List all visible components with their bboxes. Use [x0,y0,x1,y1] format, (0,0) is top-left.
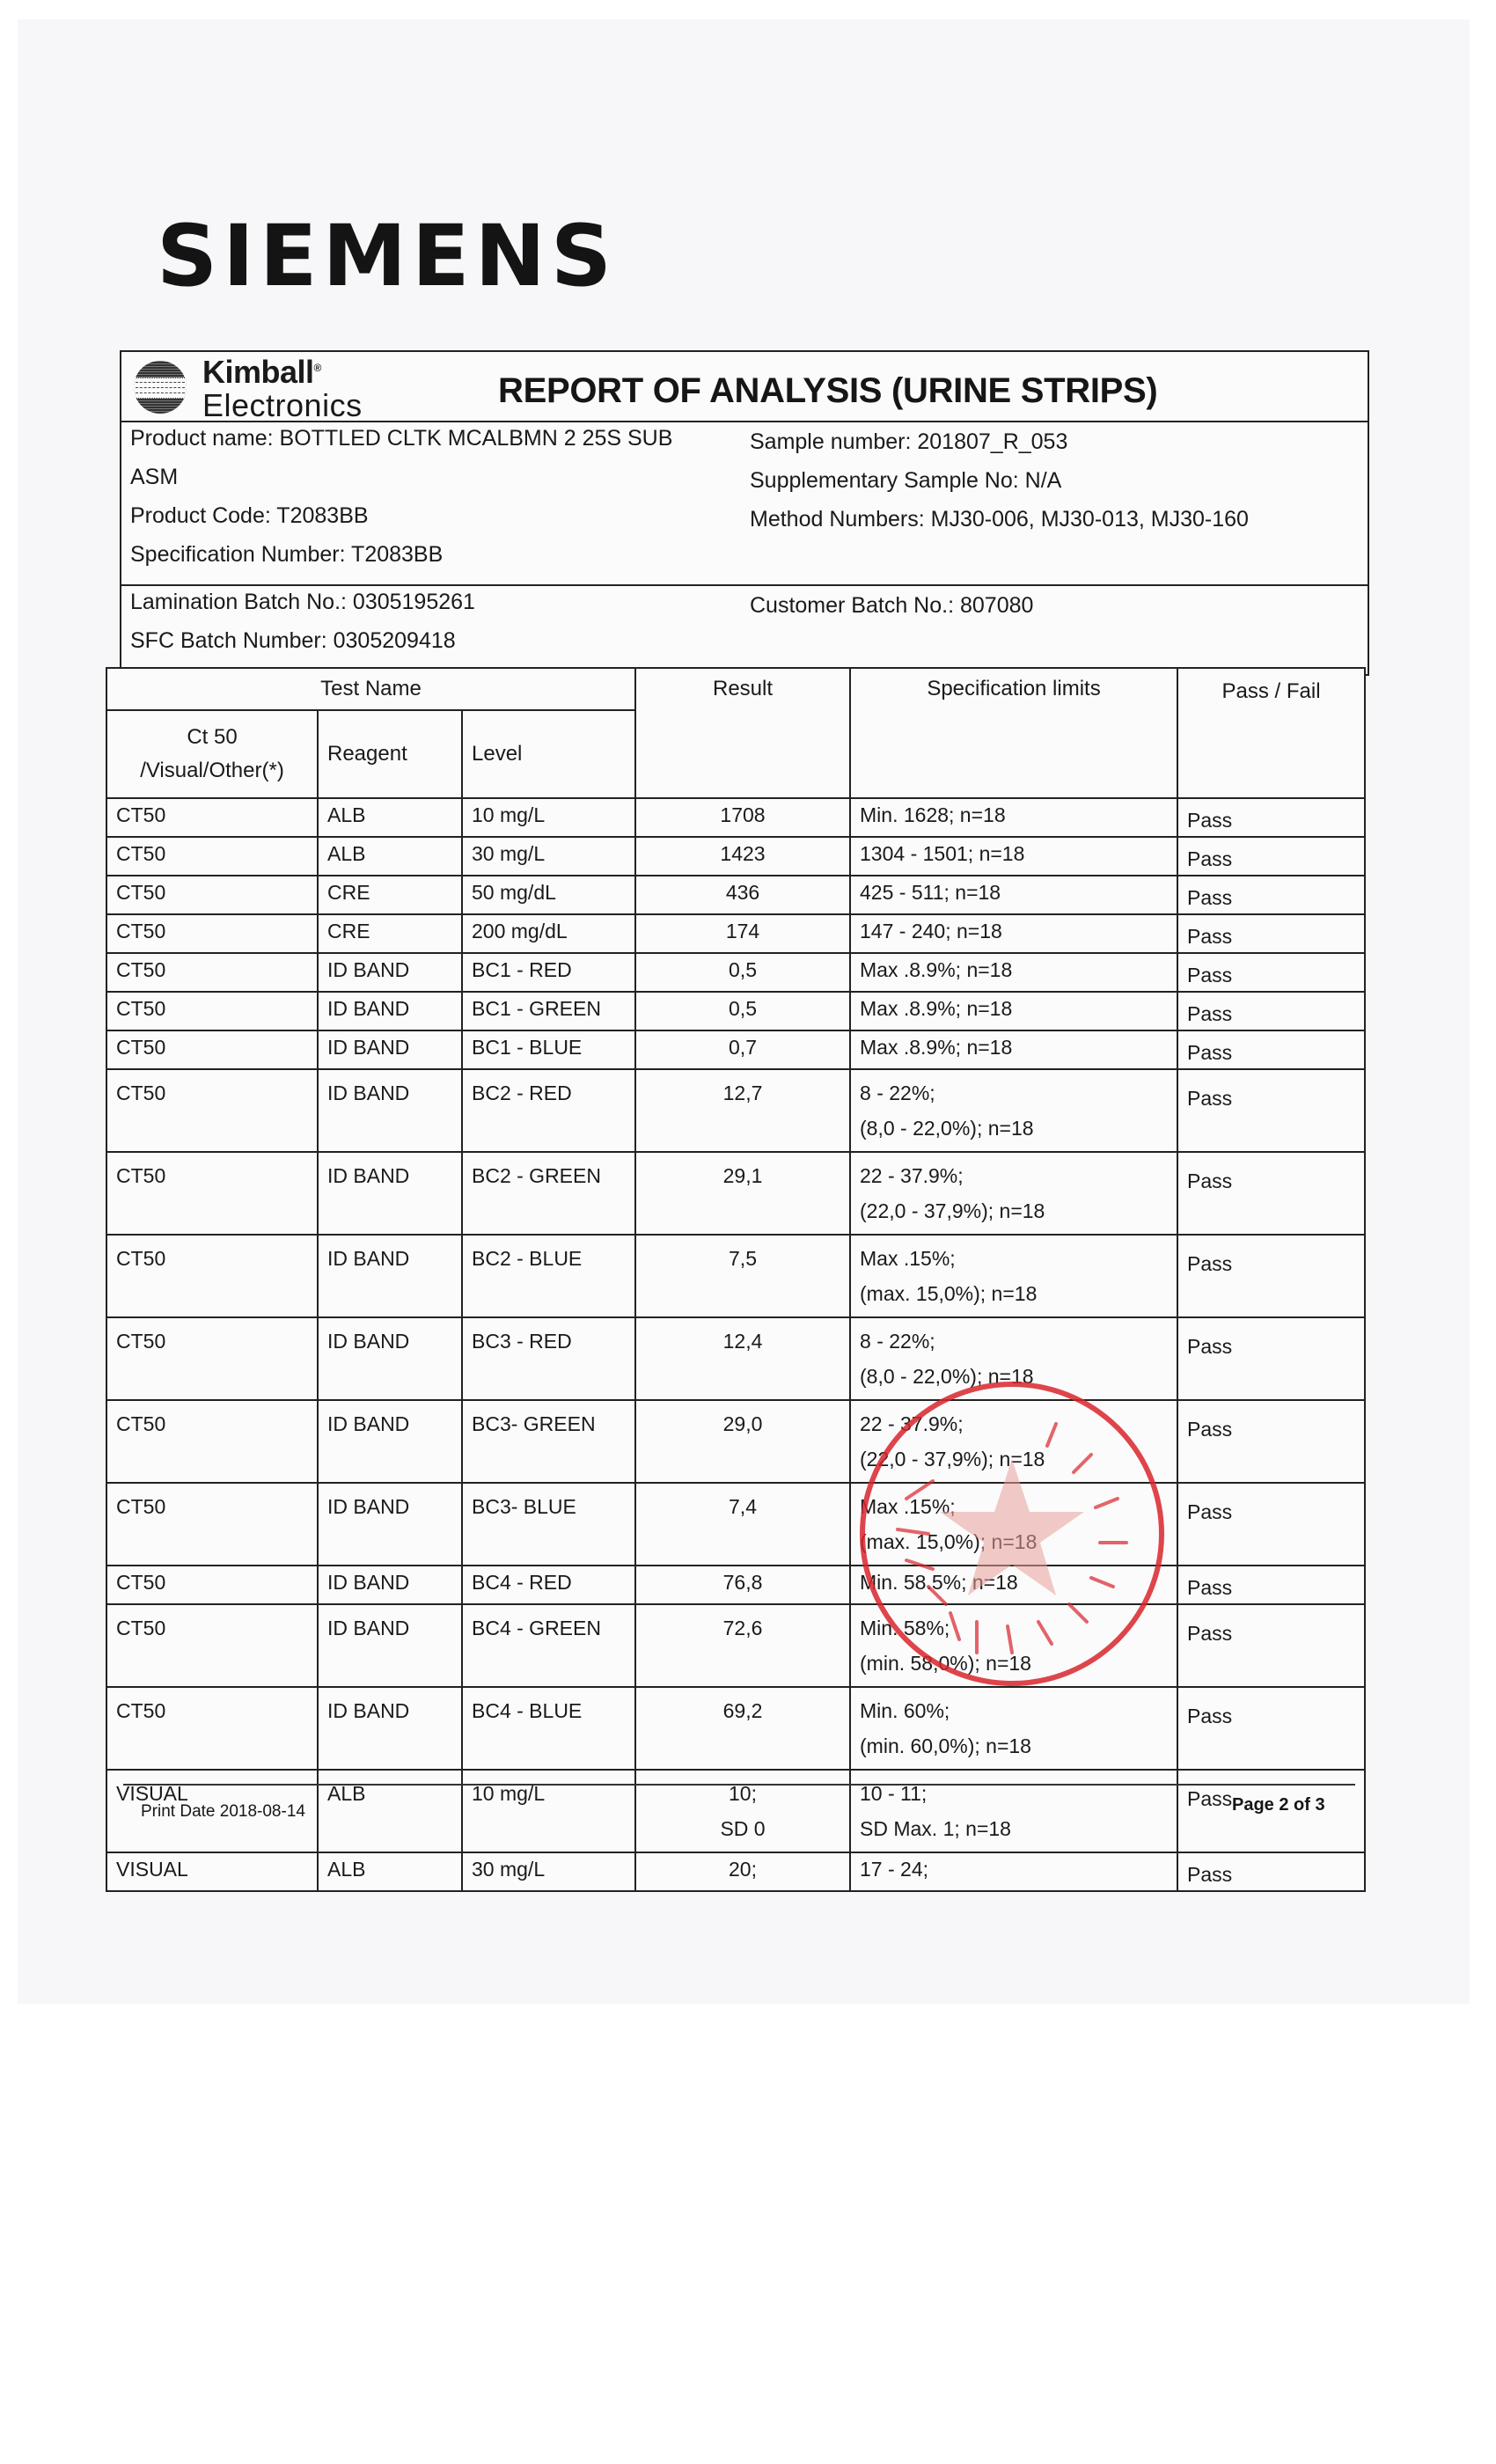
cell-spec-limits: 425 - 511; n=18 [850,876,1177,914]
cell-level: BC1 - GREEN [462,992,635,1030]
cell-spec-limits: 8 - 22%;(8,0 - 22,0%); n=18 [850,1317,1177,1400]
table-row: CT50ALB30 mg/L14231304 - 1501; n=18Pass [106,837,1365,876]
cell-type: CT50 [106,837,318,876]
cell-result: 0,7 [635,1030,850,1069]
footer-divider [123,1784,1355,1786]
report-title: REPORT OF ANALYSIS (URINE STRIPS) [498,371,1157,411]
cell-result: 1423 [635,837,850,876]
cell-reagent: ID BAND [318,1400,462,1483]
table-row: CT50ID BANDBC4 - BLUE69,2Min. 60%;(min. … [106,1687,1365,1770]
cell-pass-fail: Pass [1177,876,1365,914]
cell-result: 10;SD 0 [635,1770,850,1852]
cell-reagent: ID BAND [318,1604,462,1687]
table-row: CT50ID BANDBC3- GREEN29,022 - 37.9%;(22,… [106,1400,1365,1483]
cell-pass-fail: Pass [1177,1604,1365,1687]
product-code: Product Code: T2083BB [130,503,369,529]
cell-type: CT50 [106,1483,318,1566]
cell-level: 50 mg/dL [462,876,635,914]
cell-result: 76,8 [635,1566,850,1604]
cell-level: BC1 - RED [462,953,635,992]
cell-reagent: ALB [318,837,462,876]
cell-reagent: ID BAND [318,1687,462,1770]
cell-spec-limits: Min. 58.5%; n=18 [850,1566,1177,1604]
cell-type: CT50 [106,953,318,992]
cell-result: 29,1 [635,1152,850,1235]
logo-line2: Electronics [202,387,363,424]
cell-pass-fail: Pass [1177,798,1365,837]
header-level: Level [462,710,635,798]
cell-level: 30 mg/L [462,1852,635,1891]
cell-reagent: ID BAND [318,1069,462,1152]
cell-pass-fail: Pass [1177,1852,1365,1891]
cell-spec-limits: 17 - 24; [850,1852,1177,1891]
cell-pass-fail: Pass [1177,953,1365,992]
cell-result: 436 [635,876,850,914]
report-header-box: Kimball® Electronics REPORT OF ANALYSIS … [120,350,1369,676]
cell-reagent: ALB [318,1770,462,1852]
cell-spec-limits: 8 - 22%;(8,0 - 22,0%); n=18 [850,1069,1177,1152]
cell-reagent: ALB [318,1852,462,1891]
cell-reagent: ID BAND [318,1483,462,1566]
table-row: CT50ID BANDBC1 - GREEN0,5Max .8.9%; n=18… [106,992,1365,1030]
cell-level: BC3 - RED [462,1317,635,1400]
cell-type: CT50 [106,1566,318,1604]
header-test-name: Test Name [106,668,635,710]
cell-pass-fail: Pass [1177,837,1365,876]
cell-spec-limits: Max .15%;(max. 15,0%); n=18 [850,1483,1177,1566]
table-row: CT50ID BANDBC2 - BLUE7,5Max .15%;(max. 1… [106,1235,1365,1317]
cell-type: CT50 [106,1687,318,1770]
cell-type: CT50 [106,1317,318,1400]
cell-type: VISUAL [106,1852,318,1891]
cell-pass-fail: Pass [1177,992,1365,1030]
siemens-logo: SIEMENS [157,207,617,305]
table-row: CT50CRE200 mg/dL174147 - 240; n=18Pass [106,914,1365,953]
table-row: CT50ID BANDBC2 - RED12,78 - 22%;(8,0 - 2… [106,1069,1365,1152]
cell-result: 7,4 [635,1483,850,1566]
cell-pass-fail: Pass [1177,1317,1365,1400]
cell-reagent: ALB [318,798,462,837]
divider [121,584,1368,586]
cell-type: CT50 [106,1030,318,1069]
cell-level: BC4 - RED [462,1566,635,1604]
cell-result: 20; [635,1852,850,1891]
cell-reagent: CRE [318,876,462,914]
cell-spec-limits: 22 - 37.9%;(22,0 - 37,9%); n=18 [850,1152,1177,1235]
cell-level: BC4 - GREEN [462,1604,635,1687]
results-body: CT50ALB10 mg/L1708Min. 1628; n=18PassCT5… [106,798,1365,1891]
cell-result: 174 [635,914,850,953]
cell-type: CT50 [106,876,318,914]
cell-reagent: CRE [318,914,462,953]
cell-reagent: ID BAND [318,1566,462,1604]
cell-spec-limits: Max .8.9%; n=18 [850,953,1177,992]
cell-level: BC4 - BLUE [462,1687,635,1770]
product-name: Product name: BOTTLED CLTK MCALBMN 2 25S… [130,426,672,451]
sfc-batch: SFC Batch Number: 0305209418 [130,628,456,654]
customer-batch: Customer Batch No.: 807080 [750,593,1033,619]
cell-pass-fail: Pass [1177,1483,1365,1566]
header-spec-limits: Specification limits [850,668,1177,798]
cell-spec-limits: 1304 - 1501; n=18 [850,837,1177,876]
table-row: CT50ID BANDBC1 - BLUE0,7Max .8.9%; n=18P… [106,1030,1365,1069]
cell-result: 1708 [635,798,850,837]
cell-level: BC3- GREEN [462,1400,635,1483]
cell-result: 0,5 [635,953,850,992]
cell-type: CT50 [106,992,318,1030]
cell-pass-fail: Pass [1177,1566,1365,1604]
cell-spec-limits: 147 - 240; n=18 [850,914,1177,953]
cell-spec-limits: Min. 60%;(min. 60,0%); n=18 [850,1687,1177,1770]
cell-reagent: ID BAND [318,1152,462,1235]
cell-pass-fail: Pass [1177,1687,1365,1770]
cell-reagent: ID BAND [318,953,462,992]
logo-line1: Kimball [202,354,314,390]
cell-spec-limits: Max .15%;(max. 15,0%); n=18 [850,1235,1177,1317]
print-date: Print Date 2018-08-14 [141,1802,305,1822]
page-number: Page 2 of 3 [1232,1795,1325,1815]
cell-type: CT50 [106,1235,318,1317]
table-row: CT50ID BANDBC3 - RED12,48 - 22%;(8,0 - 2… [106,1317,1365,1400]
header-result: Result [635,668,850,798]
cell-result: 12,4 [635,1317,850,1400]
table-row: CT50ID BANDBC3- BLUE7,4Max .15%;(max. 15… [106,1483,1365,1566]
cell-type: CT50 [106,1604,318,1687]
cell-spec-limits: Max .8.9%; n=18 [850,992,1177,1030]
cell-spec-limits: Max .8.9%; n=18 [850,1030,1177,1069]
cell-pass-fail: Pass [1177,1030,1365,1069]
cell-result: 7,5 [635,1235,850,1317]
cell-result: 69,2 [635,1687,850,1770]
method-numbers: Method Numbers: MJ30-006, MJ30-013, MJ30… [750,507,1249,532]
header-pass-fail: Pass / Fail [1177,668,1365,798]
cell-reagent: ID BAND [318,1030,462,1069]
cell-level: BC3- BLUE [462,1483,635,1566]
cell-level: BC2 - BLUE [462,1235,635,1317]
cell-pass-fail: Pass [1177,1235,1365,1317]
cell-result: 72,6 [635,1604,850,1687]
cell-pass-fail: Pass [1177,914,1365,953]
cell-level: 30 mg/L [462,837,635,876]
cell-level: 200 mg/dL [462,914,635,953]
table-row: CT50ID BANDBC2 - GREEN29,122 - 37.9%;(22… [106,1152,1365,1235]
specification-number: Specification Number: T2083BB [130,542,443,568]
cell-level: BC1 - BLUE [462,1030,635,1069]
cell-pass-fail: Pass [1177,1152,1365,1235]
cell-pass-fail: Pass [1177,1069,1365,1152]
cell-reagent: ID BAND [318,1235,462,1317]
table-row: CT50ID BANDBC4 - GREEN72,6Min. 58%;(min.… [106,1604,1365,1687]
table-row: CT50ALB10 mg/L1708Min. 1628; n=18Pass [106,798,1365,837]
cell-reagent: ID BAND [318,992,462,1030]
cell-type: CT50 [106,1400,318,1483]
cell-type: CT50 [106,1069,318,1152]
table-row: VISUALALB30 mg/L20;17 - 24;Pass [106,1852,1365,1891]
header-type: Ct 50/Visual/Other(*) [106,710,318,798]
cell-spec-limits: Min. 1628; n=18 [850,798,1177,837]
cell-result: 29,0 [635,1400,850,1483]
kimball-globe-icon [134,361,187,414]
results-table: Test Name Result Specification limits Pa… [106,667,1366,1892]
table-row: CT50ID BANDBC1 - RED0,5Max .8.9%; n=18Pa… [106,953,1365,992]
cell-level: BC2 - GREEN [462,1152,635,1235]
cell-result: 12,7 [635,1069,850,1152]
cell-level: 10 mg/L [462,1770,635,1852]
cell-type: CT50 [106,798,318,837]
cell-spec-limits: 10 - 11;SD Max. 1; n=18 [850,1770,1177,1852]
table-row: CT50CRE50 mg/dL436425 - 511; n=18Pass [106,876,1365,914]
cell-spec-limits: Min. 58%;(min. 58,0%); n=18 [850,1604,1177,1687]
cell-result: 0,5 [635,992,850,1030]
cell-type: CT50 [106,914,318,953]
cell-pass-fail: Pass [1177,1400,1365,1483]
cell-reagent: ID BAND [318,1317,462,1400]
header-reagent: Reagent [318,710,462,798]
product-name-cont: ASM [130,465,178,490]
cell-level: 10 mg/L [462,798,635,837]
sample-number: Sample number: 201807_R_053 [750,429,1067,455]
supplementary-sample: Supplementary Sample No: N/A [750,468,1061,494]
cell-type: CT50 [106,1152,318,1235]
cell-spec-limits: 22 - 37.9%;(22,0 - 37,9%); n=18 [850,1400,1177,1483]
lamination-batch: Lamination Batch No.: 0305195261 [130,590,475,615]
table-row: CT50ID BANDBC4 - RED76,8Min. 58.5%; n=18… [106,1566,1365,1604]
kimball-electronics-logo: Kimball® Electronics [132,356,484,422]
divider [121,421,1368,422]
cell-level: BC2 - RED [462,1069,635,1152]
